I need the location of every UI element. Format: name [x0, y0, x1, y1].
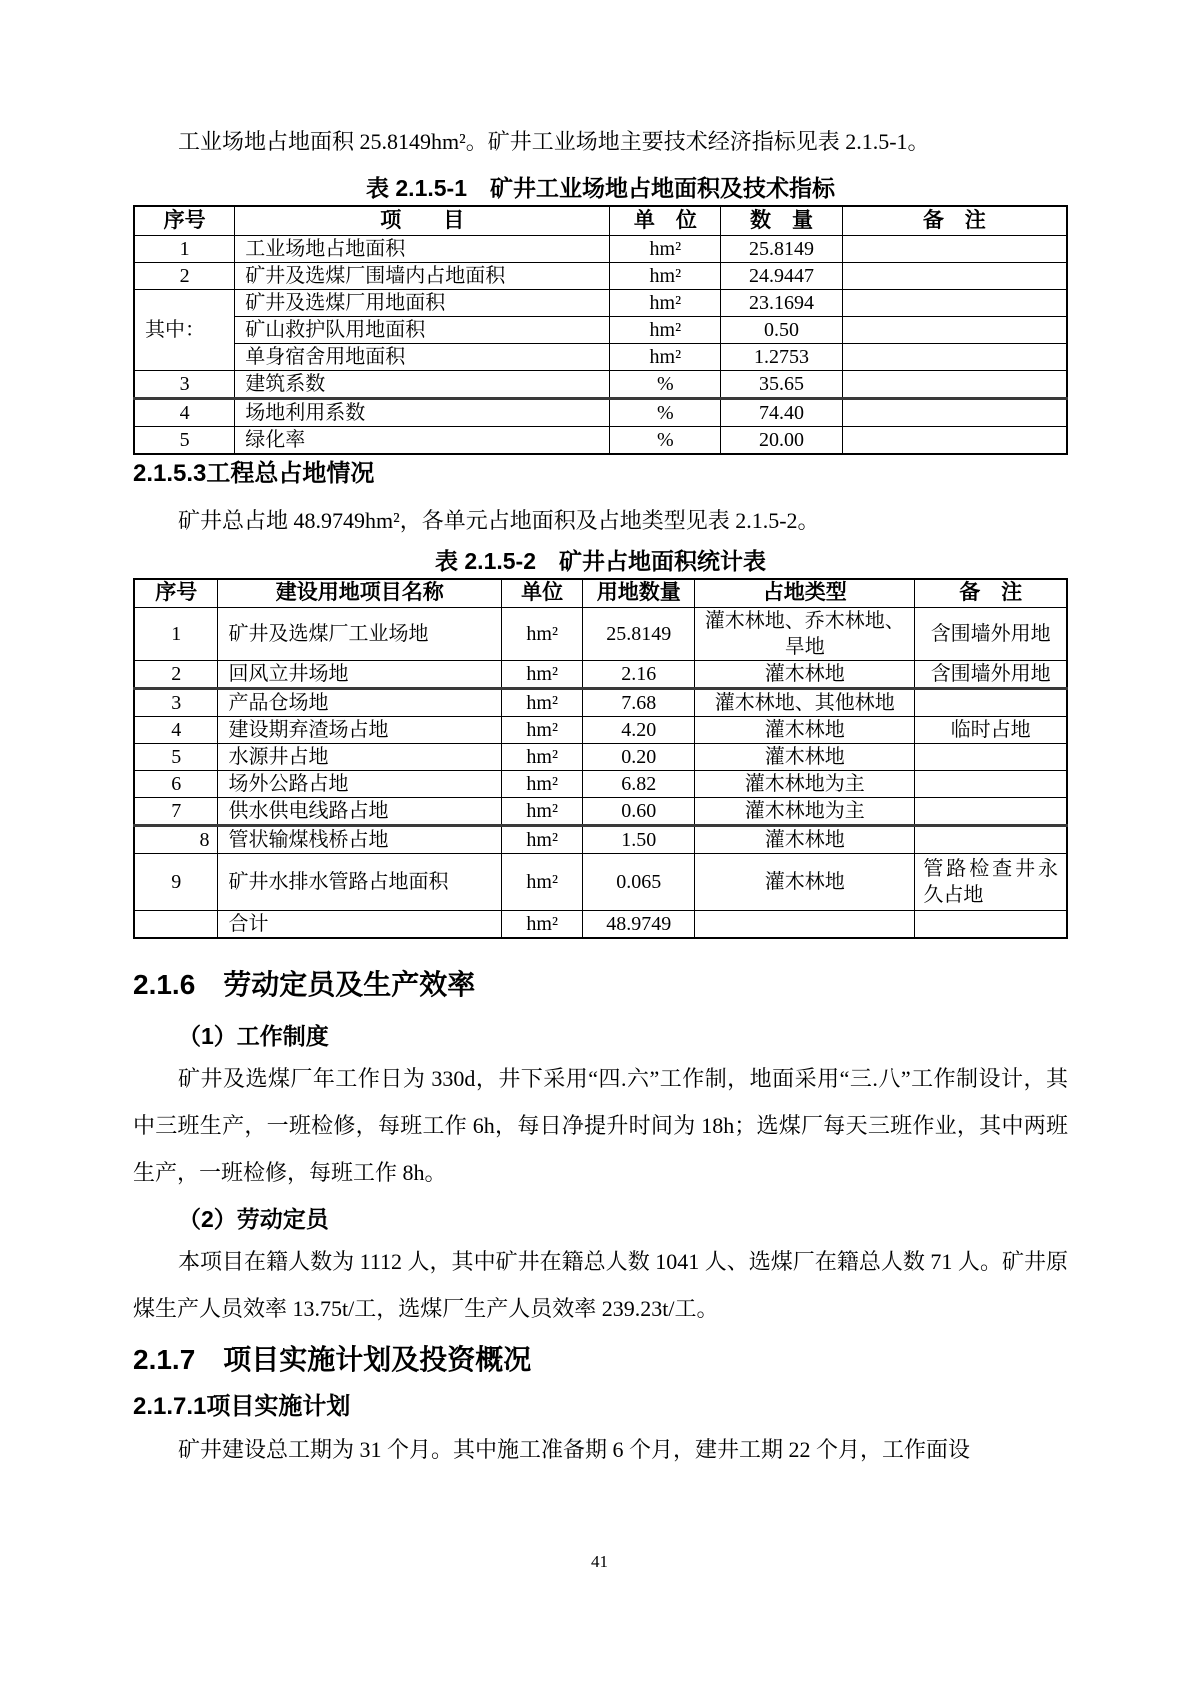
table-cell: 25.8149: [721, 235, 842, 262]
heading-2-1-7: 2.1.7 项目实施计划及投资概况: [133, 1342, 1068, 1378]
table-header-row: 序号 建设用地项目名称 单位 用地数量 占地类型 备 注: [134, 579, 1067, 608]
table-cell: 5: [134, 744, 218, 771]
table-cell: 含围墙外用地: [915, 608, 1067, 661]
table-cell: hm²: [502, 911, 583, 939]
table-cell: [134, 911, 218, 939]
col-header: 建设用地项目名称: [218, 579, 502, 608]
col-header: 用地数量: [583, 579, 695, 608]
table-cell: 24.9447: [721, 262, 842, 289]
heading-2-1-7-1: 2.1.7.1项目实施计划: [133, 1392, 1068, 1422]
table-cell: 灌木林地: [695, 661, 915, 689]
table-cell: 3: [134, 370, 235, 398]
table-cell: 合计: [218, 911, 502, 939]
table-row: 9 矿井水排水管路占地面积 hm² 0.065 灌木林地 管路检查井永久占地: [134, 854, 1067, 911]
table-cell: 7: [134, 798, 218, 826]
heading-2-1-6: 2.1.6 劳动定员及生产效率: [133, 967, 1068, 1003]
table-cell: [842, 398, 1067, 426]
col-header: 序号: [134, 206, 235, 235]
table-cell: 建设期弃渣场占地: [218, 717, 502, 744]
implementation-plan-paragraph: 矿井建设总工期为 31 个月。其中施工准备期 6 个月，建井工期 22 个月，工…: [133, 1426, 1068, 1473]
table-row: 6 场外公路占地 hm² 6.82 灌木林地为主: [134, 771, 1067, 798]
table-cell: hm²: [502, 689, 583, 717]
table-cell: hm²: [610, 289, 721, 316]
table-cell: %: [610, 426, 721, 454]
section-2-1-5-3-paragraph: 矿井总占地 48.9749hm²，各单元占地面积及占地类型见表 2.1.5-2。: [133, 497, 1068, 544]
table-row: 2 矿井及选煤厂围墙内占地面积 hm² 24.9447: [134, 262, 1067, 289]
table-cell: 8: [134, 826, 218, 854]
table-cell: [842, 289, 1067, 316]
table-cell: 48.9749: [583, 911, 695, 939]
table-cell: 矿井水排水管路占地面积: [218, 854, 502, 911]
table-cell: 23.1694: [721, 289, 842, 316]
col-header: 数 量: [721, 206, 842, 235]
table-cell: 2.16: [583, 661, 695, 689]
table-cell: 矿井及选煤厂围墙内占地面积: [235, 262, 610, 289]
col-header: 序号: [134, 579, 218, 608]
col-header: 项 目: [235, 206, 610, 235]
table-cell: 矿井及选煤厂工业场地: [218, 608, 502, 661]
table-row: 3 建筑系数 % 35.65: [134, 370, 1067, 398]
table-cell: 灌木林地: [695, 744, 915, 771]
table-cell: 灌木林地、其他林地: [695, 689, 915, 717]
table-row: 8 管状输煤栈桥占地 hm² 1.50 灌木林地: [134, 826, 1067, 854]
table-row: 矿山救护队用地面积 hm² 0.50: [134, 316, 1067, 343]
table-cell: [915, 689, 1067, 717]
col-header: 备 注: [842, 206, 1067, 235]
table-cell: [915, 744, 1067, 771]
table-cell: 灌木林地: [695, 854, 915, 911]
table-cell: 供水供电线路占地: [218, 798, 502, 826]
table-cell: 2: [134, 262, 235, 289]
table-row: 4 建设期弃渣场占地 hm² 4.20 灌木林地 临时占地: [134, 717, 1067, 744]
table-cell: 工业场地占地面积: [235, 235, 610, 262]
table-cell: 管路检查井永久占地: [915, 854, 1067, 911]
col-header: 单位: [502, 579, 583, 608]
document-page: 工业场地占地面积 25.8149hm²。矿井工业场地主要技术经济指标见表 2.1…: [0, 0, 1199, 1696]
table-cell: 6.82: [583, 771, 695, 798]
table-cell: hm²: [502, 717, 583, 744]
table-row: 3 产品仓场地 hm² 7.68 灌木林地、其他林地: [134, 689, 1067, 717]
table-cell: hm²: [502, 608, 583, 661]
table-cell: 灌木林地为主: [695, 798, 915, 826]
table-cell: hm²: [502, 854, 583, 911]
table-cell: 含围墙外用地: [915, 661, 1067, 689]
table-cell: 水源井占地: [218, 744, 502, 771]
table-cell: 6: [134, 771, 218, 798]
table-row: 4 场地利用系数 % 74.40: [134, 398, 1067, 426]
table-cell: hm²: [610, 235, 721, 262]
table-cell: [915, 798, 1067, 826]
table-cell: 1.50: [583, 826, 695, 854]
table-cell: [842, 235, 1067, 262]
table-cell: 1.2753: [721, 343, 842, 370]
page-number: 41: [0, 1552, 1199, 1572]
table-cell: 单身宿舍用地面积: [235, 343, 610, 370]
table-cell: %: [610, 370, 721, 398]
table-cell: 35.65: [721, 370, 842, 398]
table-cell: 9: [134, 854, 218, 911]
table-cell: 灌木林地: [695, 717, 915, 744]
table-row: 1 矿井及选煤厂工业场地 hm² 25.8149 灌木林地、乔木林地、旱地 含围…: [134, 608, 1067, 661]
table-cell: hm²: [610, 262, 721, 289]
table-row: 2 回风立井场地 hm² 2.16 灌木林地 含围墙外用地: [134, 661, 1067, 689]
table-cell: hm²: [610, 343, 721, 370]
table-cell: 5: [134, 426, 235, 454]
table-cell: 绿化率: [235, 426, 610, 454]
table-cell: 20.00: [721, 426, 842, 454]
table1-title: 表 2.1.5-1 矿井工业场地占地面积及技术指标: [133, 173, 1068, 203]
table-row: 5 水源井占地 hm² 0.20 灌木林地: [134, 744, 1067, 771]
table-cell: 1: [134, 608, 218, 661]
work-system-paragraph: 矿井及选煤厂年工作日为 330d，井下采用“四.六”工作制，地面采用“三.八”工…: [133, 1055, 1068, 1196]
table-cell: 管状输煤栈桥占地: [218, 826, 502, 854]
merged-label-cell: 其中：: [134, 289, 235, 370]
table-cell: 矿山救护队用地面积: [235, 316, 610, 343]
labor-quota-paragraph: 本项目在籍人数为 1112 人，其中矿井在籍总人数 1041 人、选煤厂在籍总人…: [133, 1238, 1068, 1332]
table-cell: [842, 426, 1067, 454]
table-row: 合计 hm² 48.9749: [134, 911, 1067, 939]
table-cell: 7.68: [583, 689, 695, 717]
table-cell: [695, 911, 915, 939]
heading-labor-quota: （2）劳动定员: [178, 1204, 1068, 1234]
table-cell: hm²: [502, 771, 583, 798]
table-cell: [842, 370, 1067, 398]
heading-2-1-5-3: 2.1.5.3工程总占地情况: [133, 459, 1068, 489]
table-cell: 临时占地: [915, 717, 1067, 744]
table-row: 5 绿化率 % 20.00: [134, 426, 1067, 454]
table-cell: 产品仓场地: [218, 689, 502, 717]
table-cell: hm²: [502, 744, 583, 771]
table-cell: hm²: [502, 798, 583, 826]
table-cell: 回风立井场地: [218, 661, 502, 689]
table-row: 1 工业场地占地面积 hm² 25.8149: [134, 235, 1067, 262]
table-2-1-5-2: 序号 建设用地项目名称 单位 用地数量 占地类型 备 注 1 矿井及选煤厂工业场…: [133, 578, 1068, 940]
table-cell: 场外公路占地: [218, 771, 502, 798]
table-cell: 25.8149: [583, 608, 695, 661]
table-cell: 矿井及选煤厂用地面积: [235, 289, 610, 316]
table-cell: 2: [134, 661, 218, 689]
table-cell: 0.50: [721, 316, 842, 343]
table-row: 7 供水供电线路占地 hm² 0.60 灌木林地为主: [134, 798, 1067, 826]
table-cell: hm²: [610, 316, 721, 343]
table-cell: 建筑系数: [235, 370, 610, 398]
table-cell: [842, 343, 1067, 370]
table-cell: 1: [134, 235, 235, 262]
table-cell: 场地利用系数: [235, 398, 610, 426]
table-cell: 灌木林地为主: [695, 771, 915, 798]
table-2-1-5-1: 序号 项 目 单 位 数 量 备 注 1 工业场地占地面积 hm² 25.814…: [133, 205, 1068, 455]
col-header: 占地类型: [695, 579, 915, 608]
col-header: 备 注: [915, 579, 1067, 608]
table-cell: 灌木林地、乔木林地、旱地: [695, 608, 915, 661]
table-row: 其中： 矿井及选煤厂用地面积 hm² 23.1694: [134, 289, 1067, 316]
table-cell: 4.20: [583, 717, 695, 744]
table-cell: 4: [134, 398, 235, 426]
table-cell: [915, 911, 1067, 939]
heading-work-system: （1）工作制度: [178, 1021, 1068, 1051]
table-cell: 0.065: [583, 854, 695, 911]
table-header-row: 序号 项 目 单 位 数 量 备 注: [134, 206, 1067, 235]
intro-paragraph: 工业场地占地面积 25.8149hm²。矿井工业场地主要技术经济指标见表 2.1…: [133, 118, 1068, 165]
table-cell: 74.40: [721, 398, 842, 426]
table-cell: %: [610, 398, 721, 426]
table-cell: [842, 262, 1067, 289]
table-cell: 灌木林地: [695, 826, 915, 854]
table-cell: [915, 826, 1067, 854]
table-cell: hm²: [502, 661, 583, 689]
table-cell: 0.60: [583, 798, 695, 826]
table-cell: hm²: [502, 826, 583, 854]
table-row: 单身宿舍用地面积 hm² 1.2753: [134, 343, 1067, 370]
table2-title: 表 2.1.5-2 矿井占地面积统计表: [133, 546, 1068, 576]
table-cell: 0.20: [583, 744, 695, 771]
table-cell: [915, 771, 1067, 798]
table-cell: 3: [134, 689, 218, 717]
table-cell: [842, 316, 1067, 343]
table-cell: 4: [134, 717, 218, 744]
col-header: 单 位: [610, 206, 721, 235]
